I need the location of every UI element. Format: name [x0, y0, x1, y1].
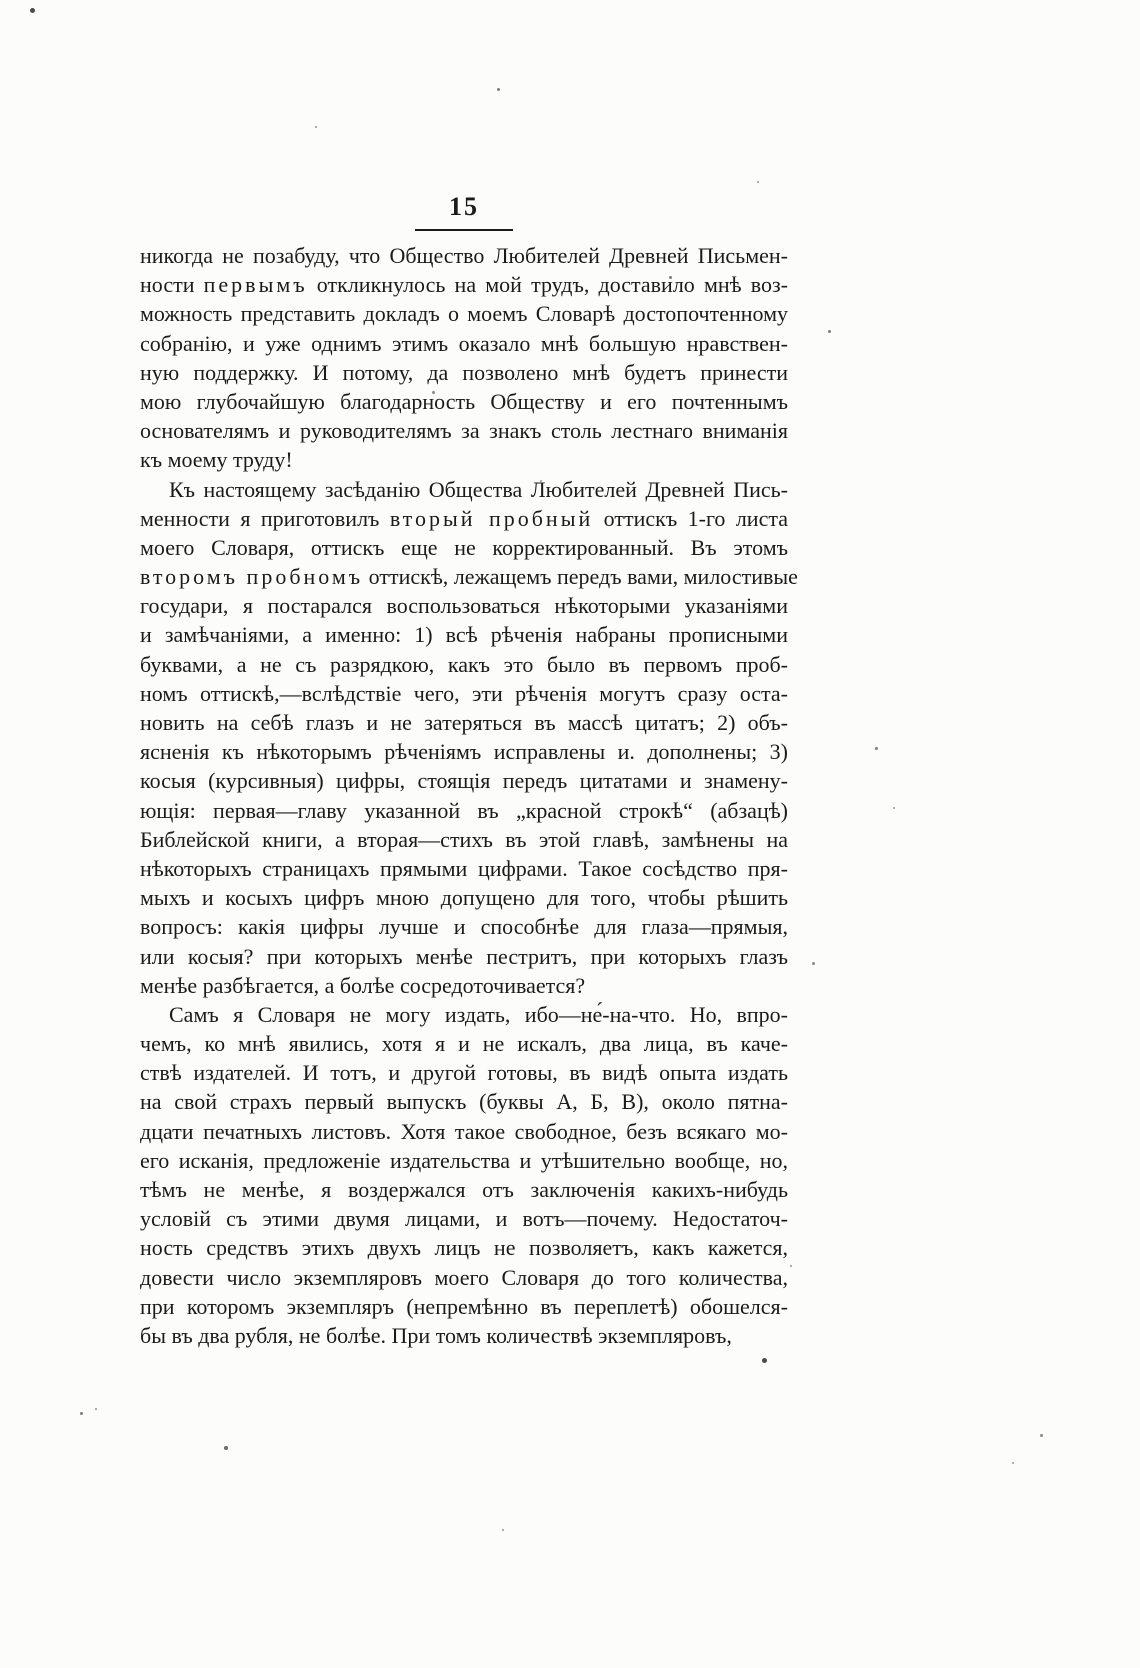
text-line: бы въ два рубля, не болѣе. При томъ коли… — [140, 1321, 788, 1350]
scan-speck — [893, 807, 895, 809]
scan-speck — [812, 962, 815, 965]
text-line: мыхъ и косыхъ цифръ мною допущено для то… — [140, 883, 788, 912]
text-line: государи, я постарался воспользоваться н… — [140, 591, 788, 620]
scan-speck — [95, 1408, 97, 1410]
book-page: 15 никогда не позабуду, что Общество Люб… — [0, 0, 1140, 1668]
page-number: 15 — [449, 194, 479, 220]
text-line: ность средствъ этихъ двухъ лицъ не позво… — [140, 1233, 788, 1262]
scan-speck — [828, 330, 831, 333]
scan-speck — [30, 8, 35, 13]
text-line: ющія: первая—главу указанной въ „красной… — [140, 796, 788, 825]
text-line: менѣе разбѣгается, а болѣе сосредоточива… — [140, 971, 788, 1000]
scan-speck — [315, 126, 317, 128]
text-line: Къ настоящему засѣданію Общества Любител… — [140, 475, 788, 504]
text-line: его исканія, предложеніе издательства и … — [140, 1146, 788, 1175]
scan-speck — [1012, 1462, 1014, 1464]
scan-speck — [502, 1529, 504, 1531]
scan-speck — [497, 88, 500, 91]
page-header: 15 — [140, 194, 788, 231]
text-line: условій съ этими двумя лицами, и вотъ—по… — [140, 1204, 788, 1233]
text-line: основателямъ и руководителямъ за знакъ с… — [140, 416, 788, 445]
text-line: номъ оттискѣ,—вслѣдствіе чего, эти рѣчен… — [140, 679, 788, 708]
scan-speck — [762, 1358, 767, 1363]
text-line: дцати печатныхъ листовъ. Хотя такое своб… — [140, 1117, 788, 1146]
text-line: менности я приготовилъ вторый пробный от… — [140, 504, 788, 533]
text-line: ствѣ издателей. И тотъ, и другой готовы,… — [140, 1058, 788, 1087]
scan-speck — [669, 276, 672, 279]
text-line: или косыя? при которыхъ менѣе пестритъ, … — [140, 942, 788, 971]
text-line: ясненія къ нѣкоторымъ рѣченіямъ исправле… — [140, 737, 788, 766]
text-line: нѣкоторыхъ страницахъ прямыми цифрами. Т… — [140, 854, 788, 883]
text-line: буквами, а не съ разрядкою, какъ это был… — [140, 650, 788, 679]
text-line: чемъ, ко мнѣ явились, хотя я и не искалъ… — [140, 1029, 788, 1058]
text-line: можность представить докладъ о моемъ Сло… — [140, 299, 788, 328]
text-line: новить на себѣ глазъ и не затеряться въ … — [140, 708, 788, 737]
scan-speck — [80, 1412, 83, 1415]
paragraph: Самъ я Словаря не могу издать, ибо—не́-н… — [140, 1000, 788, 1350]
text-line: ную поддержку. И потому, да позволено мн… — [140, 358, 788, 387]
text-line: собранію, и уже однимъ этимъ оказало мнѣ… — [140, 329, 788, 358]
paragraph: Къ настоящему засѣданію Общества Любител… — [140, 475, 788, 1000]
text-line: мою глубочайшую благодарность Обществу и… — [140, 387, 788, 416]
emphasized-text: первымъ — [204, 272, 308, 297]
page-number-rule — [415, 229, 513, 231]
scan-speck — [757, 181, 759, 183]
scan-speck — [1040, 1434, 1043, 1437]
text-line: на свой страхъ первый выпускъ (буквы А, … — [140, 1087, 788, 1116]
scan-speck — [875, 747, 878, 750]
text-line: довести число экземпляровъ моего Словаря… — [140, 1263, 788, 1292]
text-line: второмъ пробномъ оттискѣ, лежащемъ перед… — [140, 562, 788, 591]
text-line: косыя (курсивныя) цифры, стоящія передъ … — [140, 766, 788, 795]
emphasized-text: второмъ пробномъ — [140, 564, 363, 589]
text-line: къ моему труду! — [140, 445, 788, 474]
text-line: и замѣчаніями, а именно: 1) всѣ рѣченія … — [140, 620, 788, 649]
scan-speck — [224, 1446, 228, 1450]
text-line: Библейской книги, а вторая—стихъ въ этой… — [140, 825, 788, 854]
emphasized-text: вторый пробный — [390, 506, 593, 531]
scan-speck — [540, 480, 542, 482]
text-line: тѣмъ не менѣе, я воздержался отъ заключе… — [140, 1175, 788, 1204]
paragraph: никогда не позабуду, что Общество Любите… — [140, 241, 788, 475]
text-line: никогда не позабуду, что Общество Любите… — [140, 241, 788, 270]
text-line: моего Словаря, оттискъ еще не корректиро… — [140, 533, 788, 562]
text-line: Самъ я Словаря не могу издать, ибо—не́-н… — [140, 1000, 788, 1029]
scan-speck — [683, 1332, 686, 1335]
text-line: при которомъ экземпляръ (непремѣнно въ п… — [140, 1292, 788, 1321]
text-line: вопросъ: какія цифры лучше и способнѣе д… — [140, 912, 788, 941]
scan-speck — [790, 1265, 792, 1267]
text-line: ности первымъ откликнулось на мой трудъ,… — [140, 270, 788, 299]
scan-speck — [432, 391, 435, 394]
page-body: никогда не позабуду, что Общество Любите… — [140, 241, 788, 1350]
